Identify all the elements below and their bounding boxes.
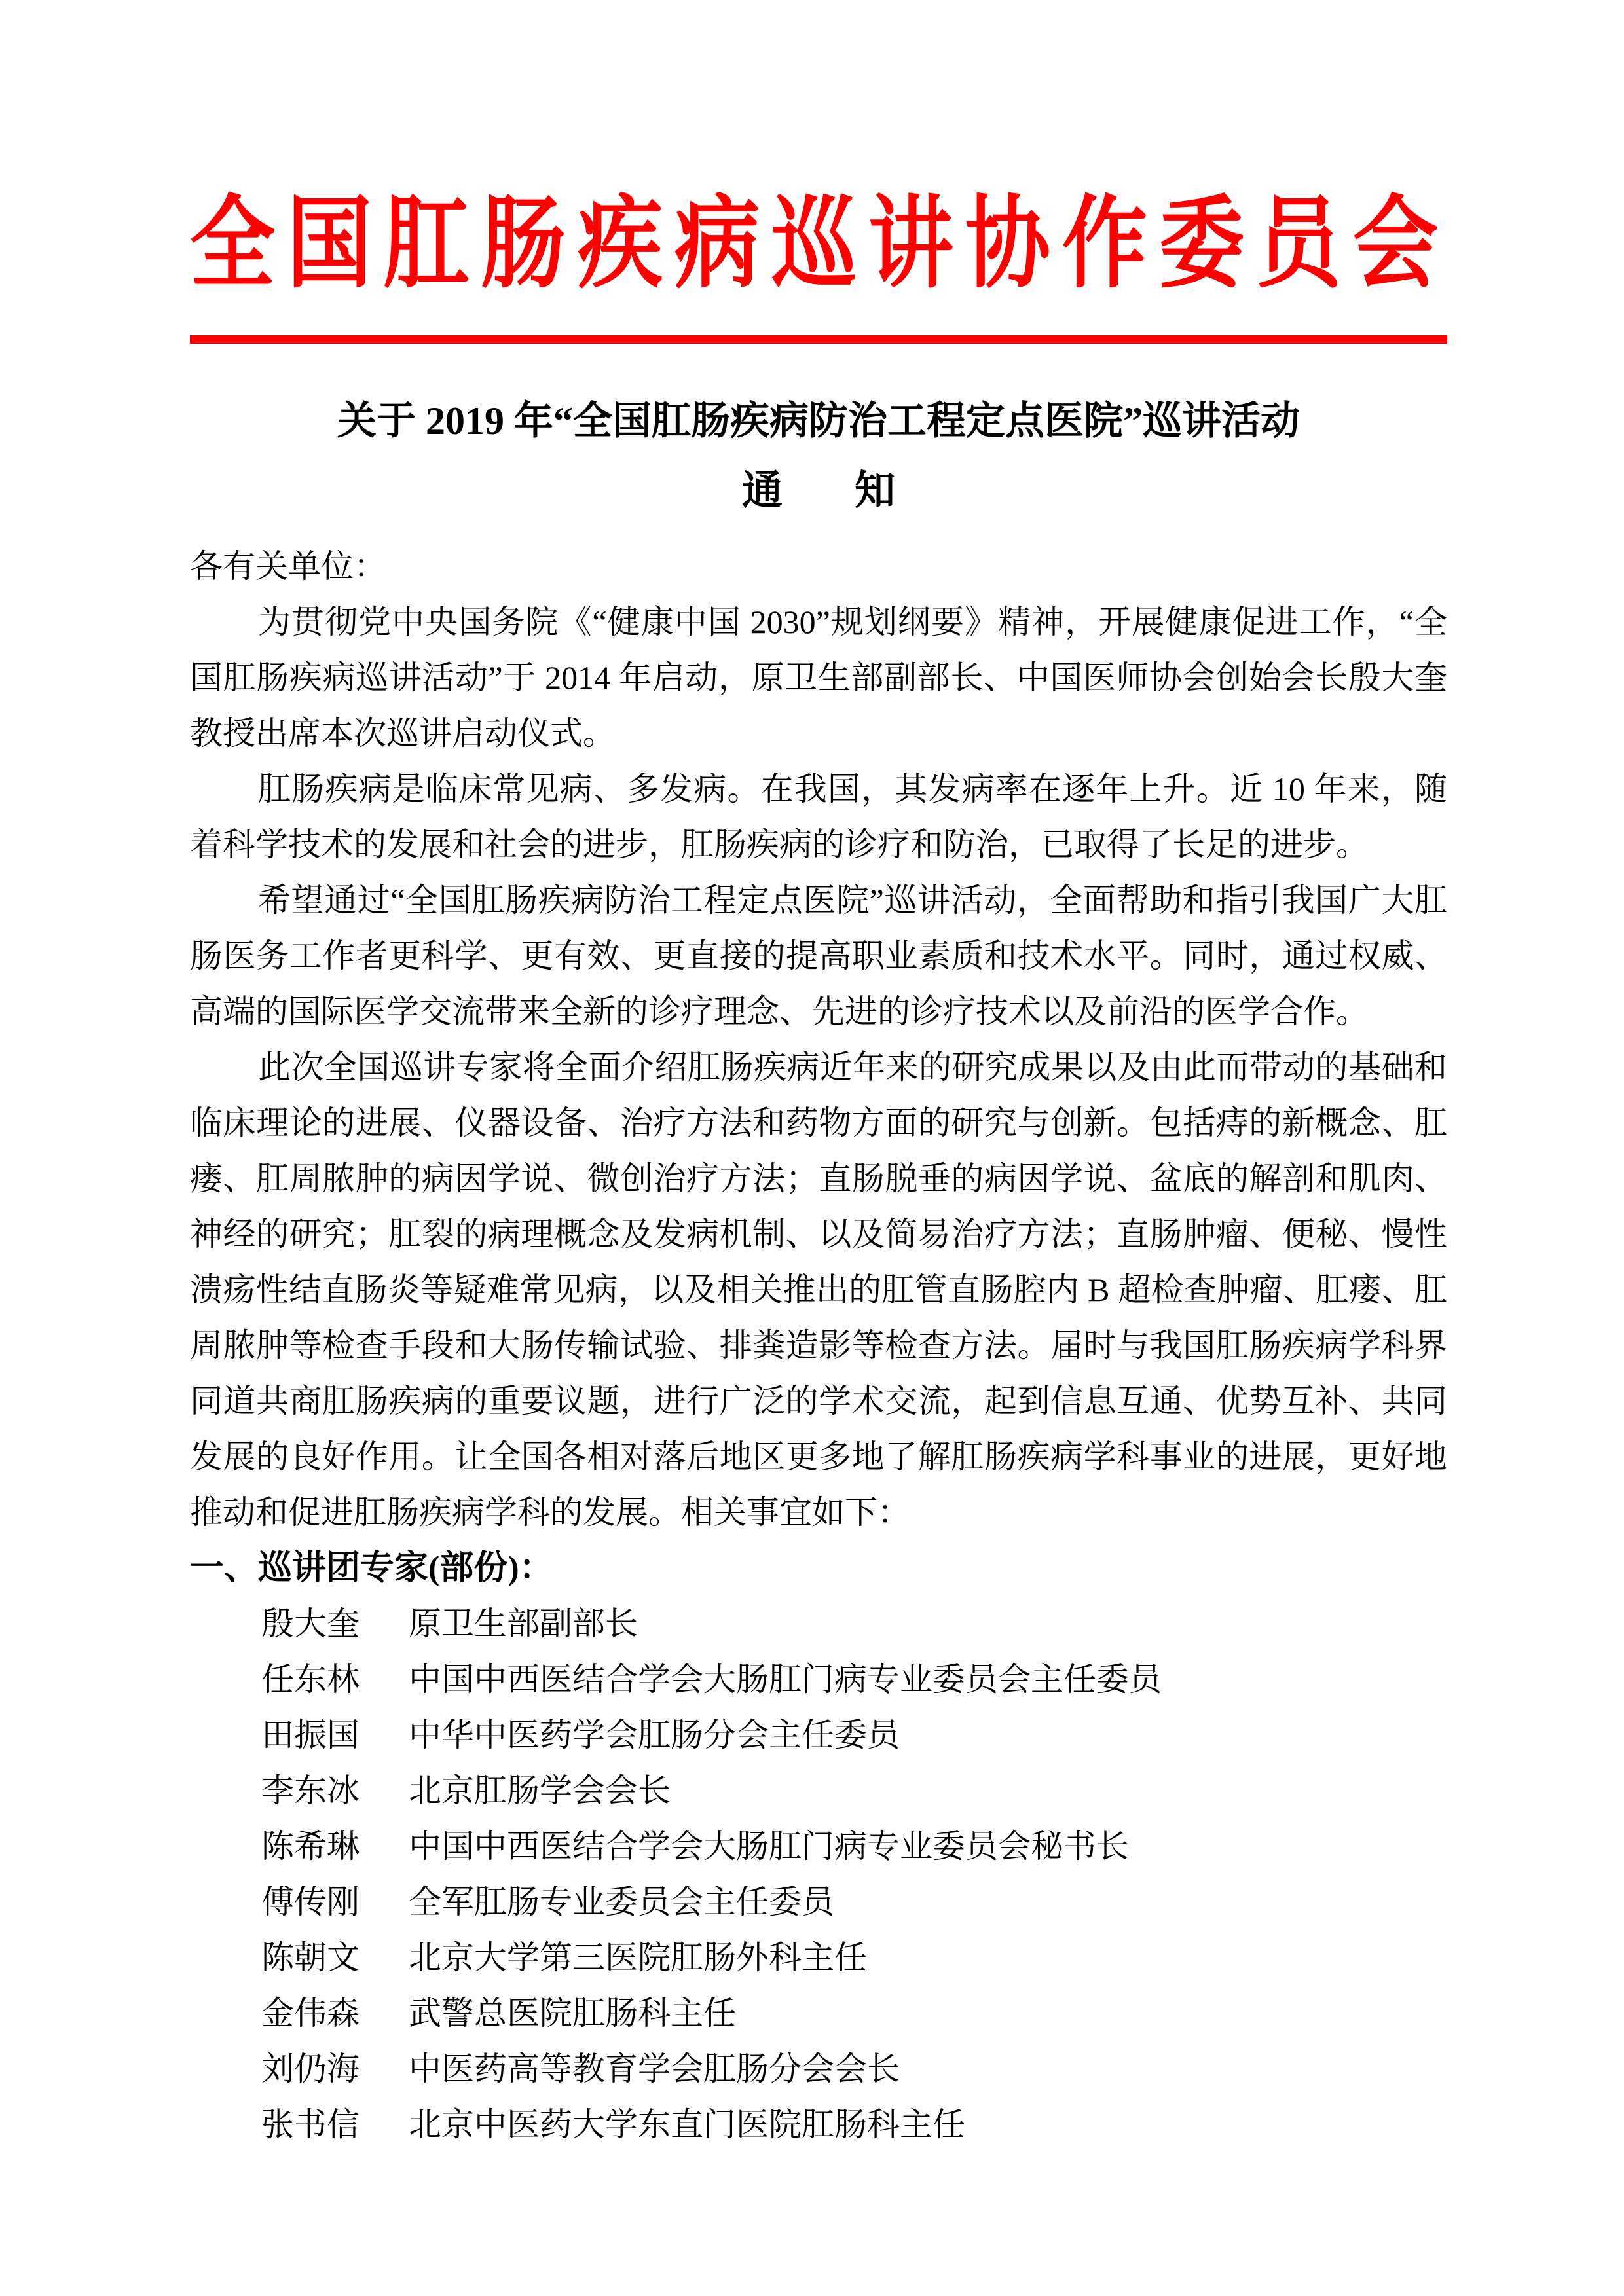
expert-name: 李东冰 bbox=[261, 1763, 409, 1819]
expert-row: 刘仍海 中医药高等教育学会肛肠分会会长 bbox=[190, 2041, 1447, 2097]
expert-name: 陈朝文 bbox=[261, 1930, 409, 1986]
letterhead-org-title: 全国肛肠疾病巡讲协作委员会 bbox=[190, 193, 1447, 297]
notice-title-char-zhi: 知 bbox=[855, 468, 895, 514]
expert-row: 殷大奎 原卫生部副部长 bbox=[190, 1596, 1447, 1652]
expert-list: 殷大奎 原卫生部副部长 任东林 中国中西医结合学会大肠肛门病专业委员会主任委员 … bbox=[190, 1596, 1447, 2153]
expert-row: 李东冰 北京肛肠学会会长 bbox=[190, 1763, 1447, 1819]
paragraph-1: 为贯彻党中央国务院《“健康中国 2030”规划纲要》精神，开展健康促进工作，“全… bbox=[190, 594, 1447, 761]
expert-row: 金伟森 武警总医院肛肠科主任 bbox=[190, 1986, 1447, 2041]
expert-title: 中国中西医结合学会大肠肛门病专业委员会主任委员 bbox=[409, 1652, 1162, 1707]
document-page: 全国肛肠疾病巡讲协作委员会 关于 2019 年“全国肛肠疾病防治工程定点医院”巡… bbox=[0, 0, 1624, 2296]
expert-name: 金伟森 bbox=[261, 1986, 409, 2041]
notice-title-line2: 通知 bbox=[190, 468, 1447, 514]
expert-name: 刘仍海 bbox=[261, 2041, 409, 2097]
expert-title: 全军肛肠专业委员会主任委员 bbox=[409, 1874, 834, 1930]
expert-row: 张书信 北京中医药大学东直门医院肛肠科主任 bbox=[190, 2097, 1447, 2153]
expert-name: 傅传刚 bbox=[261, 1874, 409, 1930]
expert-title: 北京大学第三医院肛肠外科主任 bbox=[409, 1930, 867, 1986]
expert-title: 北京肛肠学会会长 bbox=[409, 1763, 671, 1819]
expert-row: 任东林 中国中西医结合学会大肠肛门病专业委员会主任委员 bbox=[190, 1652, 1447, 1707]
expert-name: 陈希琳 bbox=[261, 1819, 409, 1874]
expert-title: 武警总医院肛肠科主任 bbox=[409, 1986, 736, 2041]
section-heading-experts: 一、巡讲团专家(部份)： bbox=[190, 1540, 1447, 1596]
paragraph-2: 肛肠疾病是临床常见病、多发病。在我国，其发病率在逐年上升。近 10 年来，随着科… bbox=[190, 761, 1447, 873]
expert-title: 北京中医药大学东直门医院肛肠科主任 bbox=[409, 2097, 965, 2153]
expert-row: 田振国 中华中医药学会肛肠分会主任委员 bbox=[190, 1707, 1447, 1763]
expert-title: 中国中西医结合学会大肠肛门病专业委员会秘书长 bbox=[409, 1819, 1129, 1874]
expert-title: 中医药高等教育学会肛肠分会会长 bbox=[409, 2041, 900, 2097]
expert-title: 中华中医药学会肛肠分会主任委员 bbox=[409, 1707, 900, 1763]
expert-row: 陈朝文 北京大学第三医院肛肠外科主任 bbox=[190, 1930, 1447, 1986]
paragraph-4: 此次全国巡讲专家将全面介绍肛肠疾病近年来的研究成果以及由此而带动的基础和临床理论… bbox=[190, 1040, 1447, 1540]
expert-name: 任东林 bbox=[261, 1652, 409, 1707]
expert-row: 傅传刚 全军肛肠专业委员会主任委员 bbox=[190, 1874, 1447, 1930]
paragraph-3: 希望通过“全国肛肠疾病防治工程定点医院”巡讲活动，全面帮助和指引我国广大肛肠医务… bbox=[190, 873, 1447, 1040]
expert-name: 张书信 bbox=[261, 2097, 409, 2153]
letterhead-red-divider bbox=[190, 335, 1447, 344]
notice-title-char-tong: 通 bbox=[742, 468, 783, 514]
expert-name: 殷大奎 bbox=[261, 1596, 409, 1652]
expert-title: 原卫生部副部长 bbox=[409, 1596, 638, 1652]
expert-row: 陈希琳 中国中西医结合学会大肠肛门病专业委员会秘书长 bbox=[190, 1819, 1447, 1874]
notice-title-line1: 关于 2019 年“全国肛肠疾病防治工程定点医院”巡讲活动 bbox=[190, 398, 1447, 444]
notice-body: 各有关单位： 为贯彻党中央国务院《“健康中国 2030”规划纲要》精神，开展健康… bbox=[190, 539, 1447, 2153]
salutation: 各有关单位： bbox=[190, 539, 1447, 594]
expert-name: 田振国 bbox=[261, 1707, 409, 1763]
